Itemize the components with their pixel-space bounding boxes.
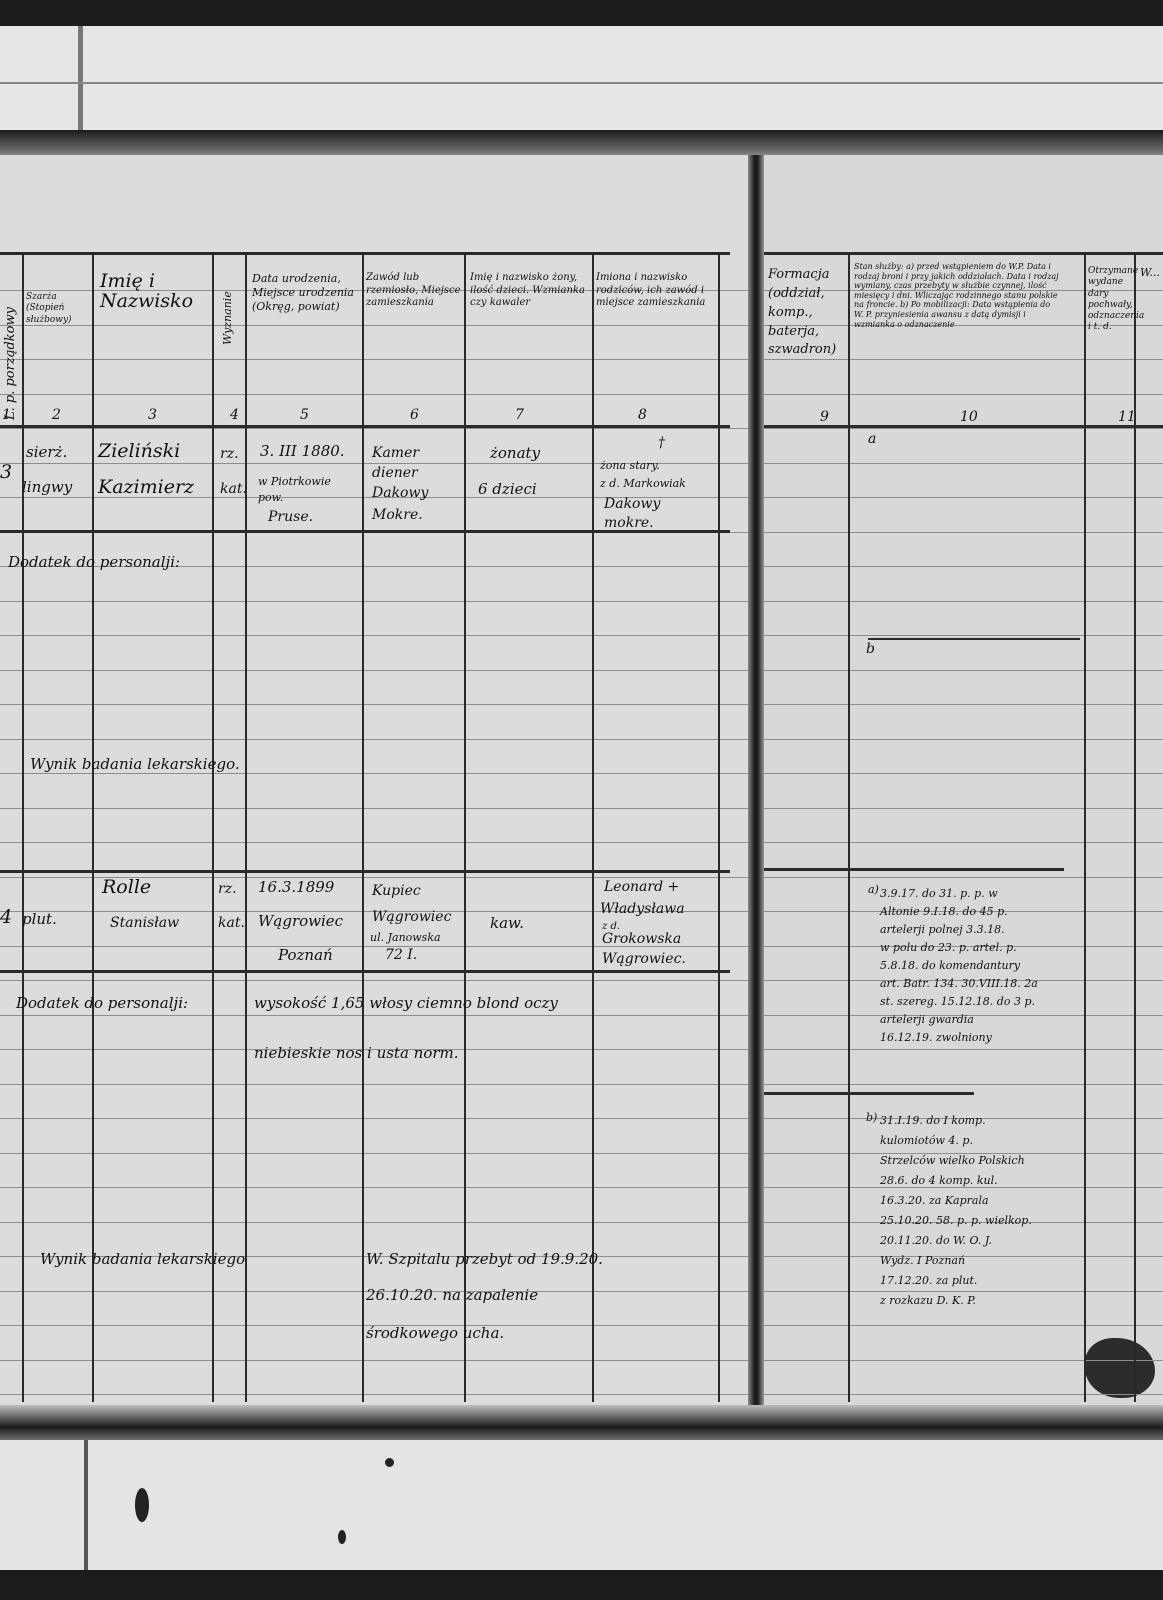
service-record-line: 20.11.20. do W. O. J. (880, 1235, 992, 1247)
column-rule (1084, 252, 1086, 1402)
service-record-line: 28.6. do 4 komp. kul. (880, 1175, 998, 1187)
ruled-line (764, 635, 1163, 636)
children-count: 6 dzieci (478, 482, 537, 498)
ruled-line (764, 532, 1163, 533)
ruled-line (0, 1084, 748, 1085)
bottom-fold-shadow (0, 1405, 1163, 1445)
sheet-top-margin-line (78, 26, 83, 146)
thick-rule (764, 868, 1064, 871)
section-a-label: a (868, 432, 876, 447)
occupation-line-2: diener (372, 466, 418, 481)
col4-number: 4 (230, 408, 239, 423)
ink-blot (135, 1488, 149, 1522)
overlapping-sheet-top (0, 26, 1163, 146)
thick-rule (0, 425, 730, 428)
col5-header: Data urodzenia, Miejsce urodzenia (Okręg… (252, 272, 362, 313)
ruled-line (0, 1153, 748, 1154)
ruled-line (764, 1291, 1163, 1292)
ruled-line (0, 325, 748, 326)
service-record-line: art. Batr. 134. 30.VIII.18. 2a (880, 978, 1038, 990)
service-record-line: 31.I.19. do I komp. (880, 1115, 986, 1127)
thick-rule (0, 252, 730, 255)
service-record-line: 3.9.17. do 31. p. p. w (880, 888, 998, 900)
column-rule (464, 252, 466, 1402)
birth-region: Pruse. (268, 510, 313, 525)
ruled-line (0, 1222, 748, 1223)
parents-line-2: Władysława (600, 902, 685, 917)
col6-number: 6 (410, 408, 419, 423)
col11-header: Otrzymane wydane dary pochwały, odznacze… (1088, 266, 1133, 334)
parents-line-1: Leonard + (604, 880, 679, 895)
ruled-line (764, 1360, 1163, 1361)
section-b-label: b) (866, 1112, 877, 1124)
column-rule (718, 252, 720, 1402)
service-record-line: w polu do 23. p. artel. p. (880, 942, 1017, 954)
ruled-line (0, 1187, 748, 1188)
col3-number: 3 (148, 408, 157, 423)
col1-header: L. p. porządkowy (4, 307, 18, 420)
col7-header: Imię i nazwisko żony, ilość dzieci. Wzmi… (470, 272, 590, 310)
overlapping-sheet-bottom (0, 1440, 1163, 1570)
thick-rule (0, 870, 730, 873)
section-b-label: b (866, 642, 875, 657)
service-record-line: artelerji polnej 3.3.18. (880, 924, 1005, 936)
service-record-line: kulomiotów 4. p. (880, 1135, 973, 1147)
ink-blot (338, 1530, 346, 1544)
service-record-line: Wydz. I Poznań (880, 1255, 965, 1267)
ruled-line (764, 566, 1163, 567)
addendum-label: Dodatek do personalji: (16, 996, 188, 1012)
ruled-line (0, 808, 748, 809)
ruled-line (764, 1325, 1163, 1326)
col6-header: Zawód lub rzemiosło, Miejsce zamieszkani… (366, 272, 464, 310)
ruled-line (0, 635, 748, 636)
ruled-line (0, 359, 748, 360)
addendum-text-line-2: niebieskie nos i usta norm. (254, 1046, 459, 1062)
ruled-line (764, 1084, 1163, 1085)
birth-date: 16.3.1899 (258, 880, 334, 896)
entry-number: 3 (0, 463, 12, 483)
column-rule (848, 252, 850, 1402)
medical-text-line-3: środkowego ucha. (366, 1326, 504, 1342)
col2-number: 2 (52, 408, 61, 423)
ruled-line (764, 739, 1163, 740)
col5-number: 5 (300, 408, 309, 423)
col10-number: 10 (960, 410, 978, 425)
ruled-line (764, 842, 1163, 843)
service-record-line: Altonie 9.I.18. do 45 p. (880, 906, 1008, 918)
first-name: Kazimierz (98, 478, 194, 498)
ruled-line (0, 1118, 748, 1119)
religion-line-1: rz. (218, 882, 237, 897)
ruled-line (764, 428, 1163, 429)
thick-rule (868, 638, 1080, 640)
service-record-line: 16.12.19. zwolniony (880, 1032, 992, 1044)
col8-header: Imiona i nazwisko rodziców, ich zawód i … (596, 272, 711, 310)
ruled-line (0, 394, 748, 395)
marital-status: żonaty (490, 446, 540, 462)
column-rule (212, 252, 214, 1402)
religion-line-2: kat. (218, 916, 245, 931)
surname: Rolle (102, 878, 151, 898)
ruled-line (764, 497, 1163, 498)
marital-status: kaw. (490, 916, 524, 932)
deceased-mark: † (658, 436, 665, 451)
col4-header: Wyznanie (222, 291, 234, 345)
medical-exam-label: Wynik badania lekarskiego (40, 1252, 245, 1268)
service-record-line: 5.8.18. do komendantury (880, 960, 1020, 972)
ruled-line (0, 1360, 748, 1361)
birth-district: pow. (258, 492, 283, 504)
ruled-line (0, 842, 748, 843)
col10-header: Stan służby: a) przed wstąpieniem do W.P… (854, 262, 1062, 329)
service-record-line: artelerji gwardia (880, 1014, 974, 1026)
rank-line-1: sierż. (26, 445, 67, 461)
ruled-line (764, 601, 1163, 602)
birth-place: w Piotrkowie (258, 476, 331, 488)
ruled-line (0, 704, 748, 705)
medical-text-line-2: 26.10.20. na zapalenie (366, 1288, 538, 1304)
ruled-line (764, 1049, 1163, 1050)
parents-line-4: mokre. (604, 516, 654, 531)
parents-line-4: Grokowska (602, 932, 681, 947)
service-record-line: 16.3.20. za Kaprala (880, 1195, 989, 1207)
ruled-line (764, 877, 1163, 878)
residence-line-3: 72 I. (385, 948, 417, 963)
ruled-line (764, 773, 1163, 774)
religion-line-2: kat. (220, 482, 247, 497)
ruled-line (0, 773, 748, 774)
col8-number: 8 (638, 408, 647, 423)
book-gutter (748, 155, 764, 1425)
ruled-line (764, 394, 1163, 395)
residence-line-1: Dakowy (372, 486, 428, 501)
first-name: Stanisław (110, 916, 179, 931)
col11-number: 11 (1118, 410, 1136, 425)
birth-region: Poznań (278, 948, 333, 964)
sheet-top-ruled-line (0, 82, 1163, 84)
parents-line-1: żona stary. (600, 460, 660, 472)
religion-line-1: rz. (220, 447, 239, 462)
ruled-line (764, 808, 1163, 809)
ruled-line (0, 1394, 748, 1395)
addendum-label: Dodatek do personalji: (8, 555, 180, 571)
col7-number: 7 (515, 408, 524, 423)
birth-place: Wągrowiec (258, 914, 343, 930)
thick-rule (0, 970, 730, 973)
ruled-line (764, 1187, 1163, 1188)
ruled-line (764, 463, 1163, 464)
col12-header: W... (1140, 266, 1162, 280)
rank-line-2: lingwy (22, 480, 72, 496)
service-record-line: Strzelców wielko Polskich (880, 1155, 1025, 1167)
ruled-line (0, 601, 748, 602)
column-rule (362, 252, 364, 1402)
column-rule (92, 252, 94, 1402)
rank: plut. (22, 912, 57, 928)
left-page (0, 155, 748, 1425)
service-record-line: 25.10.20. 58. p. p. wielkop. (880, 1215, 1032, 1227)
column-rule (22, 252, 24, 1402)
surname: Zieliński (98, 442, 180, 462)
parents-line-3: Dakowy (604, 497, 660, 512)
residence-line-2: Mokre. (372, 508, 423, 523)
birth-date: 3. III 1880. (260, 444, 345, 460)
col1-number: 1 (2, 408, 11, 423)
parents-line-5: Wągrowiec. (602, 952, 686, 967)
thick-rule (764, 425, 1163, 428)
ruled-line (0, 670, 748, 671)
service-record-line: z rozkazu D. K. P. (880, 1295, 976, 1307)
col9-header: Formacja (oddział, komp., baterja, szwad… (768, 266, 848, 360)
parents-line-2: z d. Markowiak (600, 478, 686, 490)
occupation-line-1: Kamer (372, 446, 419, 461)
entry-number: 4 (0, 908, 12, 928)
ink-blot (385, 1458, 394, 1467)
column-rule (592, 252, 594, 1402)
addendum-text-line-1: wysokość 1,65 włosy ciemno blond oczy (254, 996, 558, 1012)
service-record-line: st. szereg. 15.12.18. do 3 p. (880, 996, 1035, 1008)
ruled-line (764, 1394, 1163, 1395)
residence-line-1: Wągrowiec (372, 910, 451, 925)
thick-rule (764, 252, 1163, 255)
medical-exam-label: Wynik badania lekarskiego. (30, 757, 240, 773)
thick-rule (764, 1092, 974, 1095)
residence-line-2: ul. Janowska (370, 932, 441, 944)
col9-number: 9 (820, 410, 829, 425)
section-a-label: a) (868, 884, 879, 896)
column-rule (245, 252, 247, 1402)
occupation: Kupiec (372, 884, 421, 899)
col3-header: Imię i Nazwisko (100, 272, 210, 312)
ruled-line (0, 1015, 748, 1016)
service-record-line: 17.12.20. za plut. (880, 1275, 977, 1287)
ruled-line (0, 739, 748, 740)
medical-text-line-1: W. Szpitalu przebyt od 19.9.20. (366, 1252, 603, 1268)
col2-header: Szarża (Stopień służbowy) (26, 292, 94, 326)
ruled-line (764, 704, 1163, 705)
ruled-line (764, 670, 1163, 671)
sheet-bottom-margin-line (84, 1440, 88, 1570)
ruled-line (0, 980, 748, 981)
ruled-line (0, 428, 748, 429)
